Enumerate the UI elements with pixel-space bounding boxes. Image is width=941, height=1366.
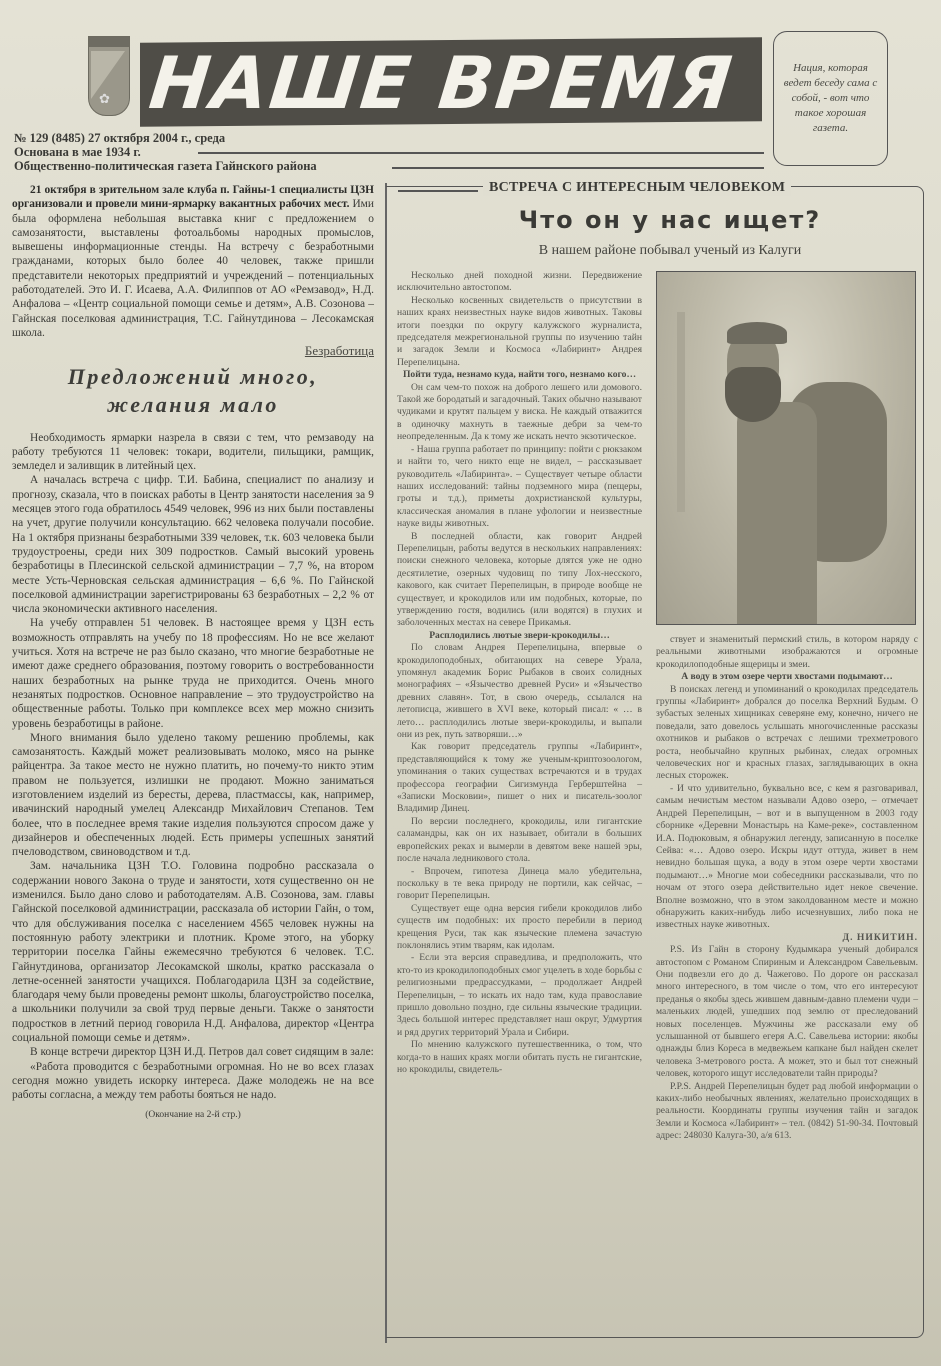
newspaper-title: Наше Время [145,38,764,128]
author-signature: Д. НИКИТИН. [656,932,918,944]
subheading: Пойти туда, незнамо куда, найти того, не… [397,369,642,381]
paragraph: - Наша группа работает по принципу: пойт… [397,444,642,531]
paragraph: А началась встреча с цифр. Т.И. Бабина, … [12,473,374,616]
paragraph: В последней области, как говорит Андрей … [397,531,642,630]
paragraph: Существует еще одна версия гибели крокод… [397,903,642,953]
paragraph: Несколько дней походной жизни. Передвиже… [397,270,642,295]
feature-column-1: Несколько дней походной жизни. Передвиже… [397,270,642,1076]
subheading: А воду в этом озере черти хвостами подым… [656,671,918,683]
paragraph: Зам. начальника ЦЗН Т.О. Головина подроб… [12,859,374,1045]
motto-box: Нация, которая ведет беседу сама с собой… [773,31,888,166]
paragraph: P.P.S. Андрей Перепелицын будет рад любо… [656,1081,918,1143]
paragraph: Много внимания было уделено такому решен… [12,731,374,860]
issue-number-date: № 129 (8485) 27 октября 2004 г., среда [14,131,317,145]
paragraph: ствует и знаменитый пермский стиль, в ко… [656,634,918,671]
paragraph: По версии последнего, крокодилы, или гиг… [397,816,642,866]
paragraph: В поисках легенд и упоминаний о крокодил… [656,684,918,783]
paragraph: Необходимость ярмарки назрела в связи с … [12,431,374,474]
section-kicker: ВСТРЕЧА С ИНТЕРЕСНЫМ ЧЕЛОВЕКОМ [483,180,791,196]
left-article: 21 октября в зрительном зале клуба п. Га… [12,183,374,1122]
article-headline: Предложений много, желания мало [12,363,374,419]
paragraph: На учебу отправлен 51 человек. В настоящ… [12,616,374,730]
newspaper-subtitle: Общественно-политическая газета Гайнског… [14,159,317,173]
feature-headline: Что он у нас ищет? [470,206,870,234]
paragraph: Несколько косвенных свидетельств о прису… [397,295,642,369]
feature-column-2: ствует и знаменитый пермский стиль, в ко… [656,634,918,1143]
paragraph: Он сам чем-то похож на доброго лешего ил… [397,382,642,444]
paragraph: - Впрочем, гипотеза Динеца мало убедител… [397,866,642,903]
masthead-rule [198,152,764,154]
paragraph: P.S. Из Гайн в сторону Кудымкара ученый … [656,944,918,1080]
paragraph: Как говорит председатель группы «Лабирин… [397,741,642,815]
masthead-rule [392,167,764,169]
paragraph: В конце встречи директор ЦЗН И.Д. Петров… [12,1045,374,1059]
rubric: Безработица [12,344,374,358]
article-body: Необходимость ярмарки назрела в связи с … [12,431,374,1103]
continued-note: (Окончание на 2-й стр.) [12,1108,374,1122]
paragraph: «Работа проводится с безработными огромн… [12,1060,374,1103]
coat-of-arms-icon: ✿ [88,36,130,116]
paragraph: По словам Андрея Перепелицына, впервые о… [397,642,642,741]
bearded-man-photo [656,271,916,625]
paragraph: - И что удивительно, буквально все, с ке… [656,783,918,932]
lead-paragraph: 21 октября в зрительном зале клуба п. Га… [12,183,374,340]
newspaper-page: ✿ Наше Время Нация, которая ведет беседу… [0,0,941,1366]
subheading: Расплодились лютые звери-крокодилы… [397,630,642,642]
feature-subheadline: В нашем районе побывал ученый из Калуги [470,243,870,259]
kicker-rule [398,190,478,192]
paragraph: - Если эта версия справедлива, и предпол… [397,952,642,1039]
paragraph: По мнению калужского путешественника, о … [397,1039,642,1076]
